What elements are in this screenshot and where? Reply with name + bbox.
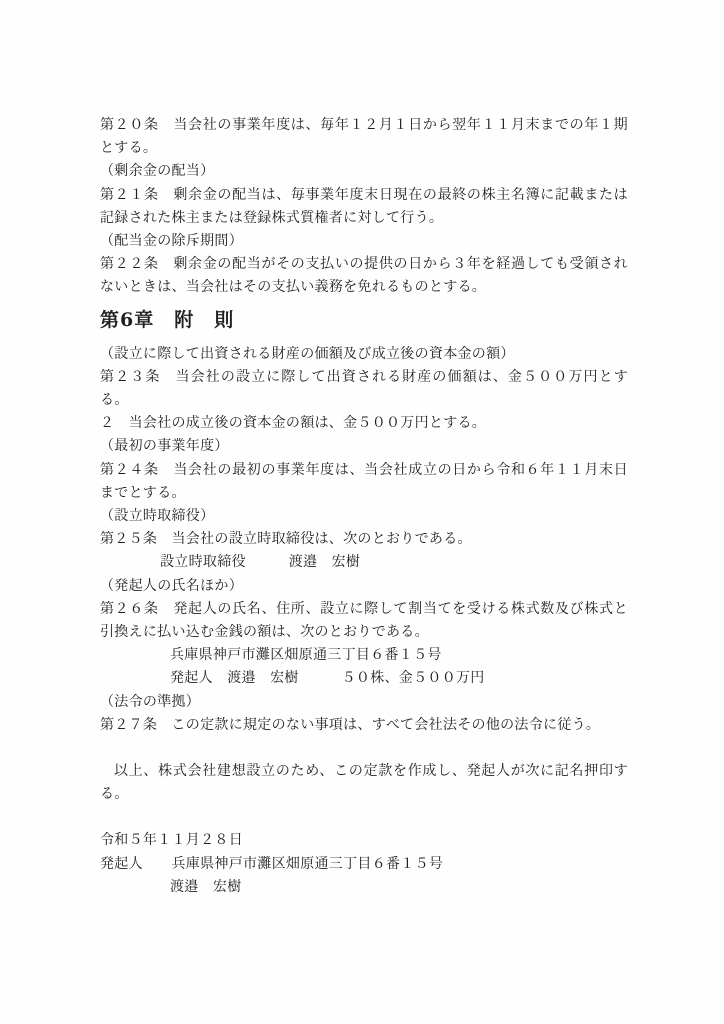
paragraph-article: 第２６条 発起人の氏名、住所、設立に際して割当てを受ける株式数及び株式と引換えに… <box>100 598 628 644</box>
paragraph-indent-officer: 設立時取締役 渡邉 宏樹 <box>100 551 628 574</box>
paragraph-article: ２ 当会社の成立後の資本金の額は、金５００万円とする。 <box>100 412 628 435</box>
paragraph-label: （法令の準拠） <box>100 691 628 714</box>
paragraph-label: （設立に際して出資される財産の価額及び成立後の資本金の額） <box>100 343 628 366</box>
paragraph-label: （最初の事業年度） <box>100 435 628 458</box>
paragraph-chapter: 第6章 附 則 <box>100 307 628 333</box>
paragraph-indent-detail: 発起人 渡邉 宏樹 ５０株、金５００万円 <box>100 667 628 690</box>
paragraph-indent-detail: 兵庫県神戸市灘区畑原通三丁目６番１５号 <box>100 644 628 667</box>
document-content: 第２０条 当会社の事業年度は、毎年１２月１日から翌年１１月末までの年１期とする。… <box>100 114 628 899</box>
paragraph-article: 第２１条 剰余金の配当は、毎事業年度末日現在の最終の株主名簿に記載または記録され… <box>100 184 628 230</box>
paragraph-article: 第２０条 当会社の事業年度は、毎年１２月１日から翌年１１月末までの年１期とする。 <box>100 114 628 160</box>
document-page: 第２０条 当会社の事業年度は、毎年１２月１日から翌年１１月末までの年１期とする。… <box>0 0 724 1024</box>
paragraph-label: （発起人の氏名ほか） <box>100 575 628 598</box>
paragraph-article: 第２４条 当会社の最初の事業年度は、当会社成立の日から令和６年１１月末日までとす… <box>100 459 628 505</box>
paragraph-signature: 発起人 兵庫県神戸市灘区畑原通三丁目６番１５号 <box>100 853 628 876</box>
paragraph-article: 第２７条 この定款に規定のない事項は、すべて会社法その他の法令に従う。 <box>100 714 628 737</box>
paragraph-article: 第２３条 当会社の設立に際して出資される財産の価額は、金５００万円とする。 <box>100 366 628 412</box>
paragraph-indent-detail: 渡邉 宏樹 <box>100 876 628 899</box>
paragraph-closing: 以上、株式会社建想設立のため、この定款を作成し、発起人が次に記名押印する。 <box>100 760 628 806</box>
paragraph-label: （設立時取締役） <box>100 505 628 528</box>
paragraph-label: （配当金の除斥期間） <box>100 230 628 253</box>
paragraph-article: 第２２条 剰余金の配当がその支払いの提供の日から３年を経過しても受領されないとき… <box>100 253 628 299</box>
paragraph-label: （剰余金の配当） <box>100 160 628 183</box>
paragraph-date: 令和５年１１月２８日 <box>100 829 628 852</box>
paragraph-article: 第２５条 当会社の設立時取締役は、次のとおりである。 <box>100 528 628 551</box>
